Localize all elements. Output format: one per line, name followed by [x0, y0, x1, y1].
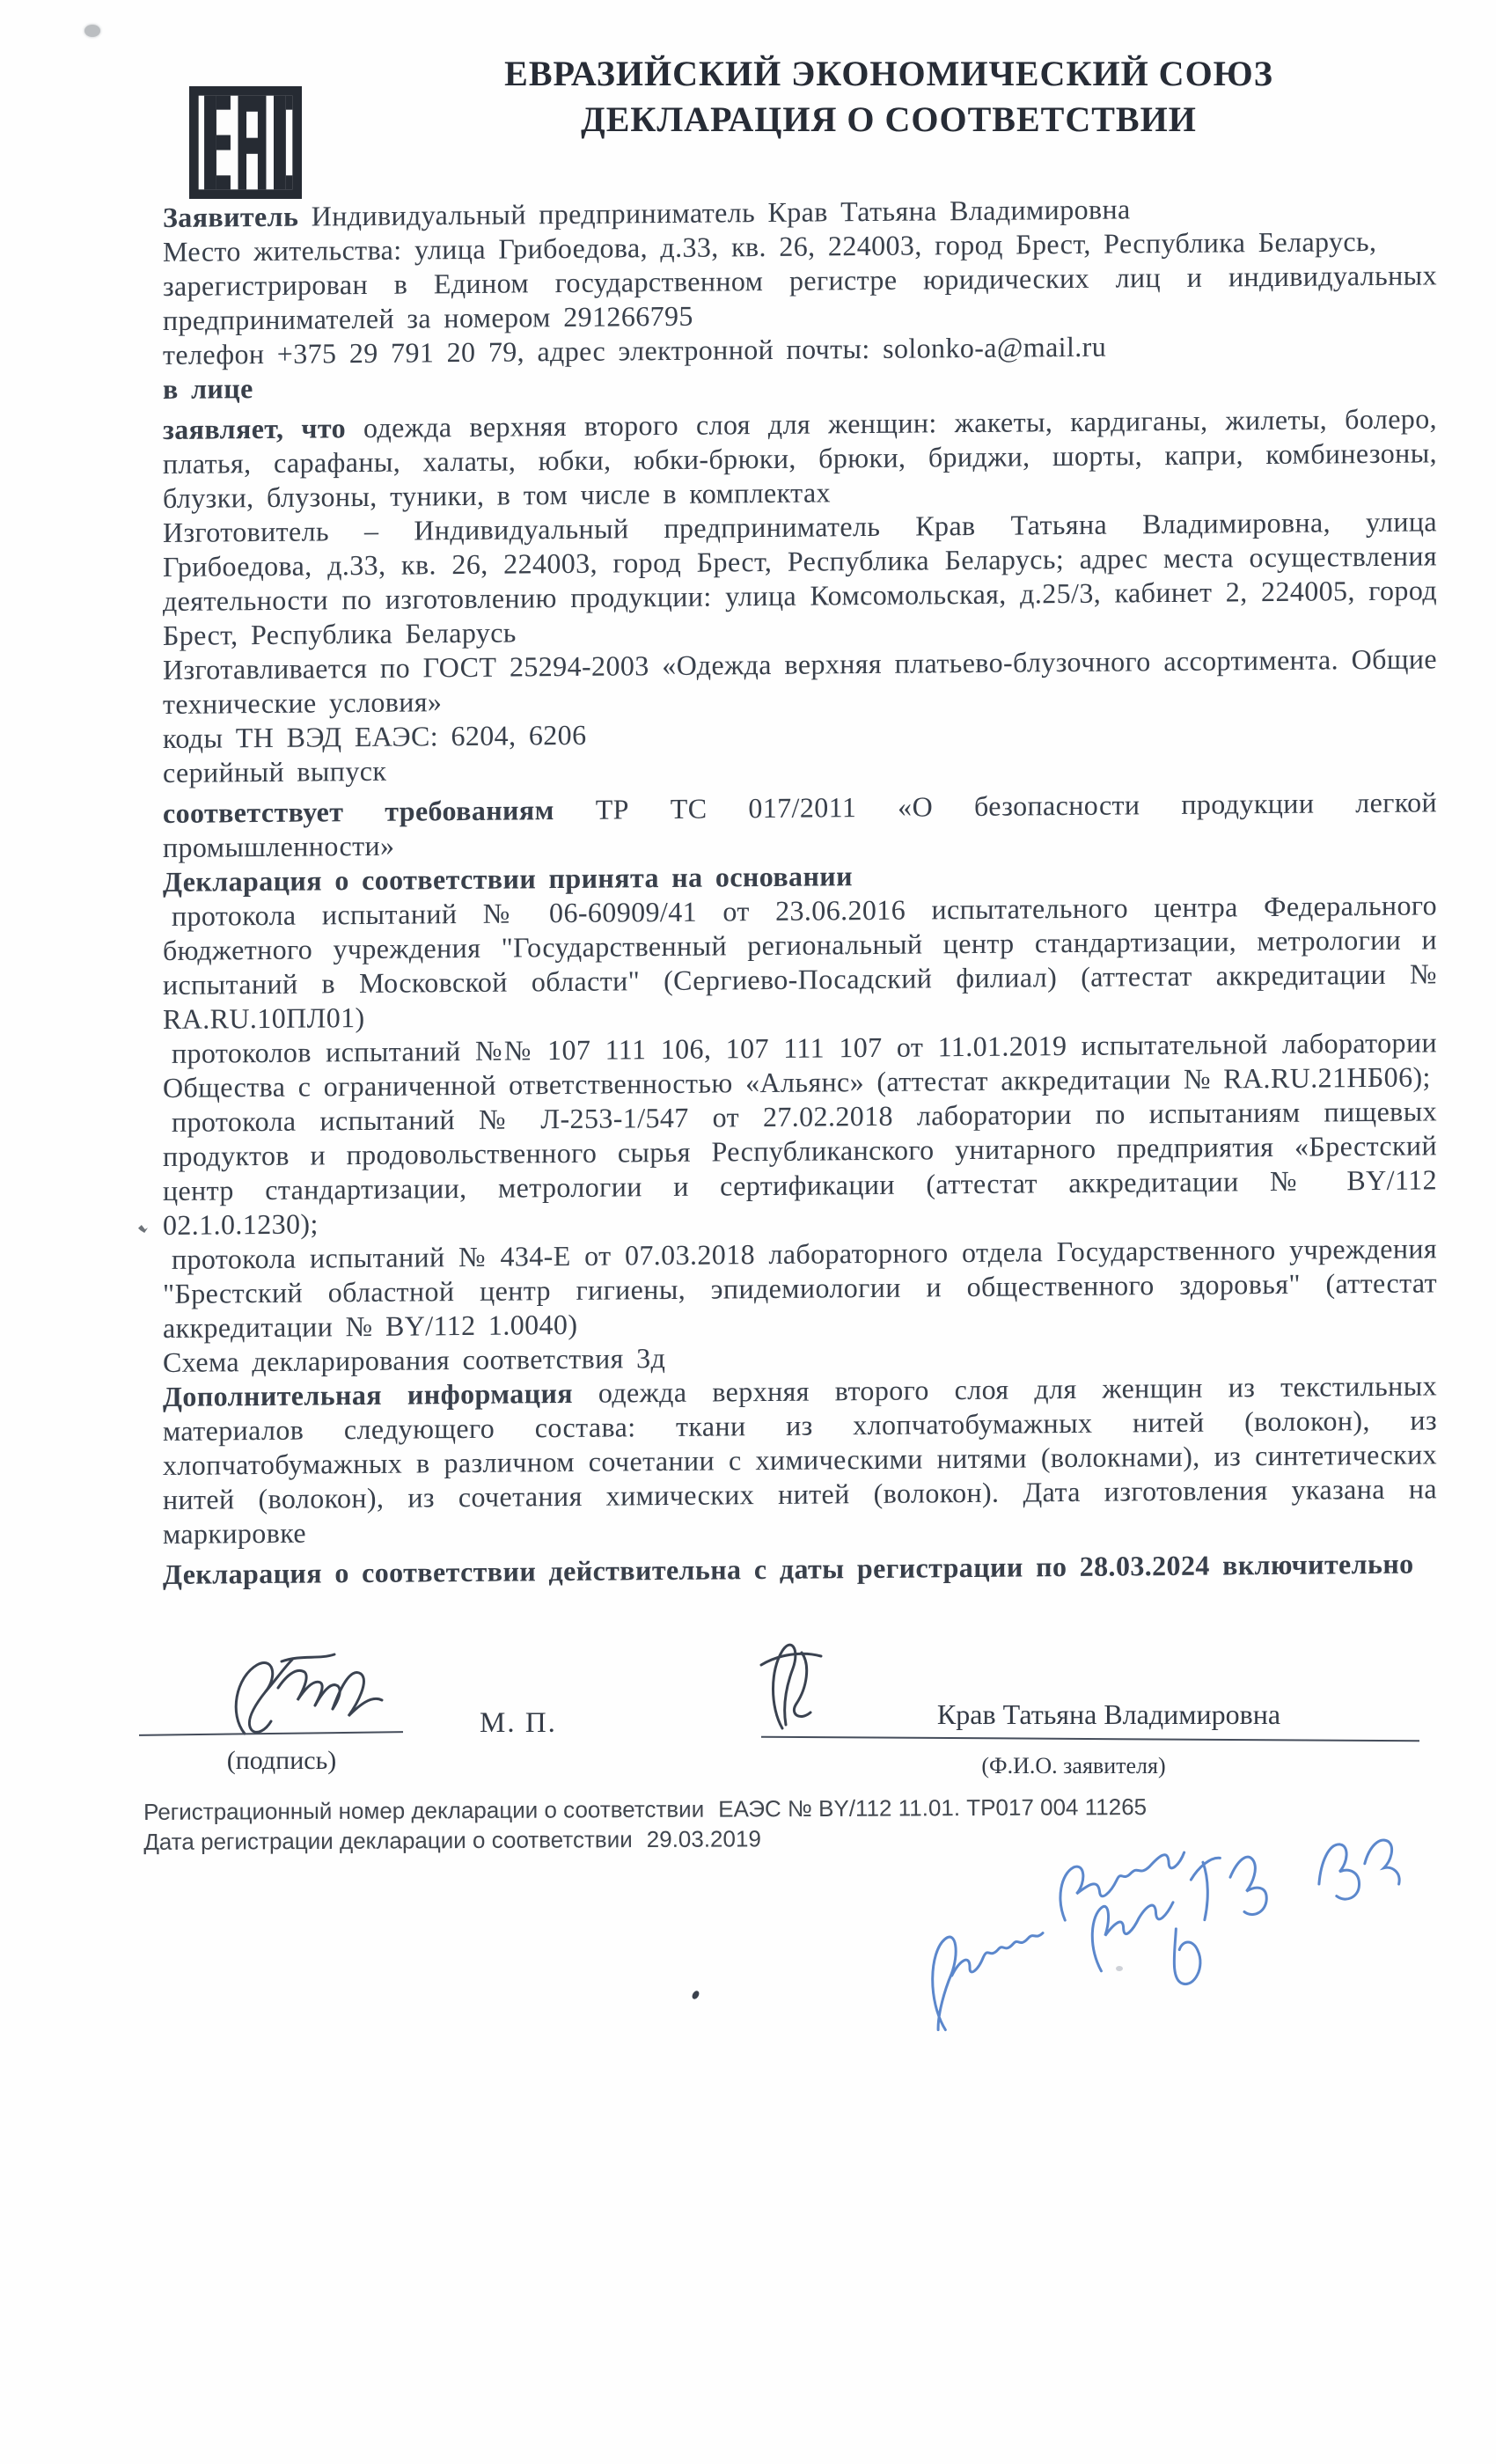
scan-artifact-dot — [692, 1990, 700, 2000]
signature-caption: (подпись) — [211, 1746, 352, 1776]
applicant-label: Заявитель — [163, 201, 298, 233]
title-line-declaration: ДЕКЛАРАЦИЯ О СООТВЕТСТВИИ — [475, 97, 1302, 143]
validity-paragraph: Декларация о соответствии действительна … — [163, 1546, 1437, 1592]
protocol-paragraph-4: протокола испытаний № 434-Е от 07.03.201… — [163, 1231, 1437, 1346]
protocol-paragraph-1: протокола испытаний № 06-60909/41 от 23.… — [163, 888, 1437, 1037]
registration-number-label: Регистрационный номер декларации о соотв… — [143, 1796, 704, 1825]
declares-paragraph: заявляет, что одежда верхняя второго сло… — [163, 401, 1437, 516]
additional-info-paragraph: Дополнительная информация одежда верхняя… — [163, 1368, 1437, 1551]
seal-place-label: М. П. — [480, 1707, 557, 1740]
scan-artifact-mark — [138, 1225, 148, 1233]
complies-paragraph: соответствует требованиям ТР ТС 017/2011… — [163, 785, 1437, 865]
applicant-signature — [227, 1653, 390, 1742]
registered-paragraph: зарегистрирован в Едином государственном… — [163, 258, 1437, 338]
eac-conformity-mark-icon — [189, 86, 302, 199]
title-line-union: ЕВРАЗИЙСКИЙ ЭКОНОМИЧЕСКИЙ СОЮЗ — [475, 51, 1302, 97]
name-line — [761, 1736, 1419, 1742]
protocol-paragraph-2: протоколов испытаний №№ 107 111 106, 107… — [163, 1025, 1437, 1105]
registration-date-label: Дата регистрации декларации о соответств… — [143, 1826, 633, 1855]
declaration-body: Заявитель Индивидуальный предприниматель… — [163, 189, 1437, 1592]
applicant-name: Крав Татьяна Владимировна — [898, 1698, 1320, 1731]
gost-paragraph: Изготавливается по ГОСТ 25294-2003 «Одеж… — [163, 642, 1437, 722]
scan-artifact-blob — [84, 25, 100, 37]
handwritten-copy-note — [880, 1786, 1408, 2033]
complies-label: соответствует требованиям — [163, 794, 554, 829]
registration-date-value: 29.03.2019 — [647, 1825, 761, 1852]
protocol-paragraph-3: протокола испытаний № Л-253-1/547 от 27.… — [163, 1094, 1437, 1243]
declaration-document-page: ЕВРАЗИЙСКИЙ ЭКОНОМИЧЕСКИЙ СОЮЗ ДЕКЛАРАЦИ… — [0, 0, 1496, 2464]
declares-text: одежда верхняя второго слоя для женщин: … — [163, 402, 1437, 514]
applicant-initials-signature — [744, 1639, 849, 1737]
additional-info-label: Дополнительная информация — [163, 1377, 573, 1412]
document-title: ЕВРАЗИЙСКИЙ ЭКОНОМИЧЕСКИЙ СОЮЗ ДЕКЛАРАЦИ… — [475, 51, 1302, 143]
declares-label: заявляет, что — [163, 412, 346, 445]
applicant-text: Индивидуальный предприниматель Крав Тать… — [298, 193, 1130, 231]
name-caption: (Ф.И.О. заявителя) — [964, 1753, 1184, 1779]
manufacturer-paragraph: Изготовитель – Индивидуальный предприним… — [163, 504, 1437, 653]
